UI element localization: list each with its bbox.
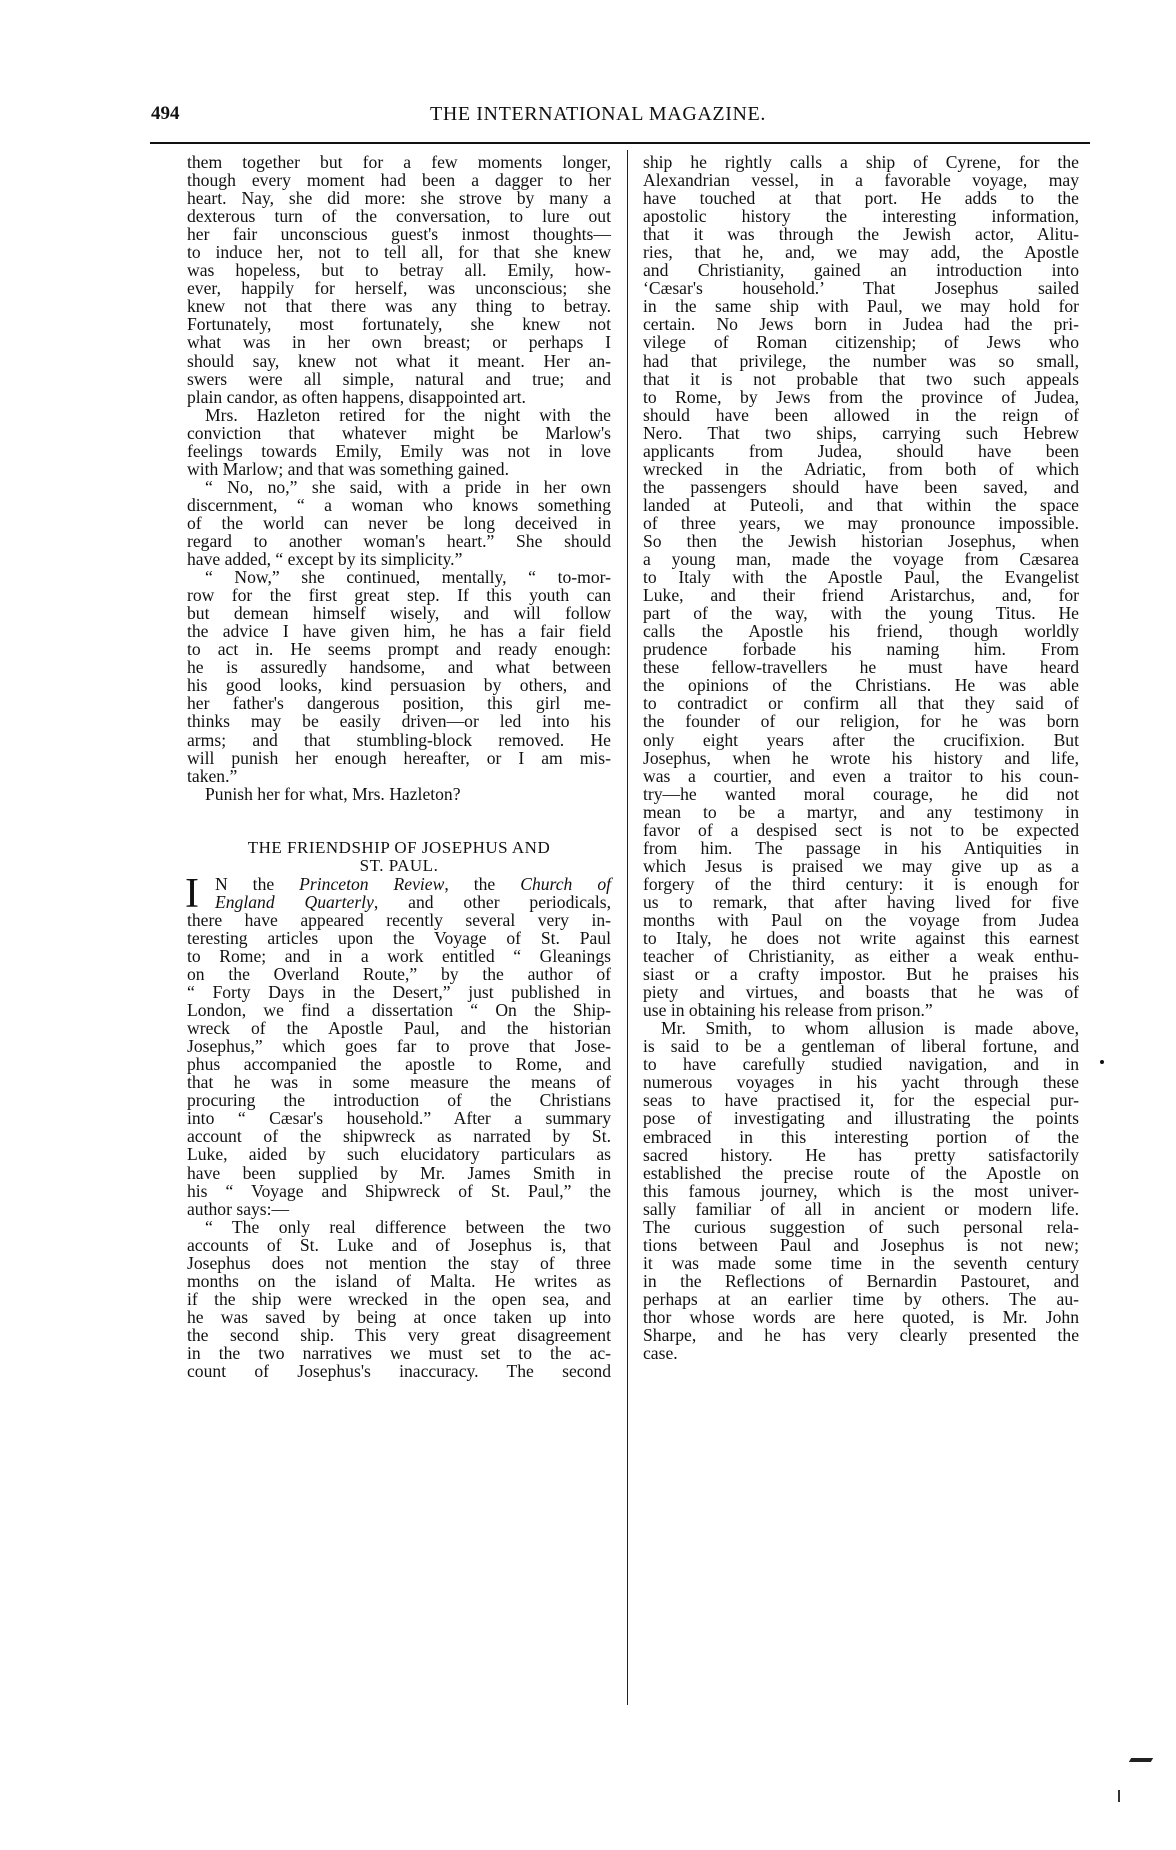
text-line: that it was through the Jewish actor, Al…	[643, 225, 1079, 243]
text-line: part of the way, with the young Titus. H…	[643, 604, 1079, 622]
text-line: this famous journey, which is the most u…	[643, 1182, 1079, 1200]
text-line: “ Now,” she continued, mentally, “ to-mo…	[187, 568, 611, 586]
text-line: taken.”	[187, 767, 611, 785]
text-line: perhaps at an earlier time by others. Th…	[643, 1290, 1079, 1308]
text-line: So then the Jewish historian Josephus, w…	[643, 532, 1079, 550]
story-paragraph-2: Mrs. Hazleton retired for the night with…	[187, 406, 611, 478]
text-line: calls the Apostle his friend, though wor…	[643, 622, 1079, 640]
text-line: Mr. Smith, to whom allusion is made abov…	[643, 1019, 1079, 1037]
text-line: to Italy with the Apostle Paul, the Evan…	[643, 568, 1079, 586]
text-line: that it is not probable that two such ap…	[643, 370, 1079, 388]
text-line: regard to another woman's heart.” She sh…	[187, 532, 611, 550]
article-quote-continued: ship he rightly calls a ship of Cyrene, …	[643, 153, 1079, 1019]
text-line: to Italy, he does not write against this…	[643, 929, 1079, 947]
text-line: and Christianity, gained an introduction…	[643, 261, 1079, 279]
text-line: the passengers should have been saved, a…	[643, 478, 1079, 496]
text-line: phus accompanied the apostle to Rome, an…	[187, 1055, 611, 1073]
text-line: plain candor, as often happens, disappoi…	[187, 388, 611, 406]
column-divider	[627, 150, 628, 1705]
text-line: should have been allowed in the reign of	[643, 406, 1079, 424]
text-line: was a courtier, and even a traitor to hi…	[643, 767, 1079, 785]
story-paragraph-3: “ No, no,” she said, with a pride in her…	[187, 478, 611, 568]
text-line: in the same ship with Paul, we may hold …	[643, 297, 1079, 315]
text-line: have added, “ except by its simplicity.”	[187, 550, 611, 568]
text-line: with Marlow; and that was something gain…	[187, 460, 611, 478]
print-speck	[1129, 1758, 1153, 1762]
header-rule	[150, 142, 1090, 144]
text-line: account of the shipwreck as narrated by …	[187, 1127, 611, 1145]
text-run: , and other periodicals,	[374, 892, 611, 912]
italic-title-princeton-review: Princeton Review	[299, 874, 444, 894]
text-line: Josephus does not mention the stay of th…	[187, 1254, 611, 1272]
text-line: case.	[643, 1344, 1079, 1362]
text-line: had that privilege, the number was so sm…	[643, 352, 1079, 370]
text-line: though every moment had been a dagger to…	[187, 171, 611, 189]
text-line: wrecked in the Adriatic, from both of wh…	[643, 460, 1079, 478]
text-line: “ The only real difference between the t…	[187, 1218, 611, 1236]
text-line: from him. The passage in his Antiquities…	[643, 839, 1079, 857]
story-paragraph-4: “ Now,” she continued, mentally, “ to-mo…	[187, 568, 611, 785]
text-line: landed at Puteoli, and that within the s…	[643, 496, 1079, 514]
text-line: to Rome, by Jews from the province of Ju…	[643, 388, 1079, 406]
article-paragraph-smith: Mr. Smith, to whom allusion is made abov…	[643, 1019, 1079, 1362]
text-run: , the	[444, 874, 520, 894]
text-line: accounts of St. Luke and of Josephus is,…	[187, 1236, 611, 1254]
text-line: tions between Paul and Josephus is not n…	[643, 1236, 1079, 1254]
text-line: established the precise route of the Apo…	[643, 1164, 1079, 1182]
italic-title-england-quarterly: England Quarterly	[215, 892, 374, 912]
text-line: her father's dangerous position, this gi…	[187, 694, 611, 712]
text-line: piety and virtues, and boasts that he wa…	[643, 983, 1079, 1001]
text-line: Sharpe, and he has very clearly presente…	[643, 1326, 1079, 1344]
text-line: them together but for a few moments long…	[187, 153, 611, 171]
text-line: apostolic history the interesting inform…	[643, 207, 1079, 225]
text-line: ship he rightly calls a ship of Cyrene, …	[643, 153, 1079, 171]
text-line: sacred history. He has pretty satisfacto…	[643, 1146, 1079, 1164]
article-title-line-1: THE FRIENDSHIP OF JOSEPHUS AND	[187, 839, 611, 857]
text-line: will punish her enough hereafter, or I a…	[187, 749, 611, 767]
section-gap	[187, 803, 611, 839]
text-line: her fair unconscious guest's inmost thou…	[187, 225, 611, 243]
print-speck	[1118, 1790, 1120, 1802]
text-line: Alexandrian vessel, in a favorable voyag…	[643, 171, 1079, 189]
text-line: months with Paul on the voyage from Jude…	[643, 911, 1079, 929]
text-line: to induce her, not to tell all, for that…	[187, 243, 611, 261]
text-line: ‘Cæsar's household.’ That Josephus saile…	[643, 279, 1079, 297]
text-line: thor whose words are here quoted, is Mr.…	[643, 1308, 1079, 1326]
text-line: thinks may be easily driven—or led into …	[187, 712, 611, 730]
article-line-2: England Quarterly, and other periodicals…	[187, 893, 611, 911]
print-speck	[1100, 1060, 1104, 1064]
text-line: ries, that he, and, we may add, the Apos…	[643, 243, 1079, 261]
text-line: seas to have practised it, for the espec…	[643, 1091, 1079, 1109]
text-line: swers were all simple, natural and true;…	[187, 370, 611, 388]
text-line: arms; and that stumbling-block removed. …	[187, 731, 611, 749]
text-line: the opinions of the Christians. He was a…	[643, 676, 1079, 694]
text-line: conviction that whatever might be Marlow…	[187, 424, 611, 442]
article-quote-start: “ The only real difference between the t…	[187, 1218, 611, 1380]
text-line: mean to be a martyr, and any testimony i…	[643, 803, 1079, 821]
text-line: a young man, made the voyage from Cæsare…	[643, 550, 1079, 568]
text-line: row for the first great step. If this yo…	[187, 586, 611, 604]
text-line: that he was in some measure the means of	[187, 1073, 611, 1091]
article-line-1: N the Princeton Review, the Church of	[187, 875, 611, 893]
drop-cap: I	[185, 876, 199, 912]
text-line: the advice I have given him, he has a fa…	[187, 622, 611, 640]
text-line: Luke, and their friend Aristarchus, and,…	[643, 586, 1079, 604]
text-line: wreck of the Apostle Paul, and the histo…	[187, 1019, 611, 1037]
article-opening: I N the Princeton Review, the Church of …	[187, 875, 611, 911]
text-line: The curious suggestion of such personal …	[643, 1218, 1079, 1236]
text-line: author says:—	[187, 1200, 611, 1218]
text-line: is said to be a gentleman of liberal for…	[643, 1037, 1079, 1055]
text-line: his good looks, kind persuasion by other…	[187, 676, 611, 694]
text-line: numerous voyages in his yacht through th…	[643, 1073, 1079, 1091]
text-line: only eight years after the crucifixion. …	[643, 731, 1079, 749]
text-line: of the world can never be long deceived …	[187, 514, 611, 532]
text-line: he is assuredly handsome, and what betwe…	[187, 658, 611, 676]
text-line: heart. Nay, she did more: she strove by …	[187, 189, 611, 207]
text-line: which Jesus is praised we may give up as…	[643, 857, 1079, 875]
text-line: procuring the introduction of the Christ…	[187, 1091, 611, 1109]
text-line: Luke, aided by such elucidatory particul…	[187, 1145, 611, 1163]
text-line: dexterous turn of the conversation, to l…	[187, 207, 611, 225]
text-line: applicants from Judea, should have been	[643, 442, 1079, 460]
text-line: knew not that there was any thing to bet…	[187, 297, 611, 315]
text-line: to contradict or confirm all that they s…	[643, 694, 1079, 712]
text-line: he was saved by being at once taken up i…	[187, 1308, 611, 1326]
text-line: to Rome; and in a work entitled “ Gleani…	[187, 947, 611, 965]
text-line: Mrs. Hazleton retired for the night with…	[187, 406, 611, 424]
text-line: the founder of our religion, for he was …	[643, 712, 1079, 730]
text-line: us to remark, that after having lived fo…	[643, 893, 1079, 911]
text-line: try—he wanted moral courage, he did not	[643, 785, 1079, 803]
text-line: to act in. He seems prompt and ready eno…	[187, 640, 611, 658]
text-line: in the Reflections of Bernardin Pastoure…	[643, 1272, 1079, 1290]
right-column: ship he rightly calls a ship of Cyrene, …	[643, 153, 1079, 1362]
text-line: in the two narratives we must set to the…	[187, 1344, 611, 1362]
text-line: the second ship. This very great disagre…	[187, 1326, 611, 1344]
text-line: months on the island of Malta. He writes…	[187, 1272, 611, 1290]
text-line: should say, knew not what it meant. Her …	[187, 352, 611, 370]
article-title-line-2: ST. PAUL.	[187, 857, 611, 875]
closing-question: Punish her for what, Mrs. Hazleton?	[187, 785, 611, 803]
text-line: siast or a crafty impostor. But he prais…	[643, 965, 1079, 983]
text-line: prudence forbade his naming him. From	[643, 640, 1079, 658]
text-line: to have carefully studied navigation, an…	[643, 1055, 1079, 1073]
text-line: if the ship were wrecked in the open sea…	[187, 1290, 611, 1308]
text-line: Fortunately, most fortunately, she knew …	[187, 315, 611, 333]
text-line: Josephus,” which goes far to prove that …	[187, 1037, 611, 1055]
text-line: but demean himself wisely, and will foll…	[187, 604, 611, 622]
page-number: 494	[151, 103, 180, 125]
text-line: vilege of Roman citizenship; of Jews who	[643, 333, 1079, 351]
text-line: of three years, we may pronounce impossi…	[643, 514, 1079, 532]
text-line: what was in her own breast; or perhaps I	[187, 333, 611, 351]
text-line: sally familiar of all in ancient or mode…	[643, 1200, 1079, 1218]
text-line: there have appeared recently several ver…	[187, 911, 611, 929]
text-line: count of Josephus's inaccuracy. The seco…	[187, 1362, 611, 1380]
text-line: “ No, no,” she said, with a pride in her…	[187, 478, 611, 496]
text-line: these fellow-travellers he must have hea…	[643, 658, 1079, 676]
text-line: teacher of Christianity, as either a wea…	[643, 947, 1079, 965]
text-line: Nero. That two ships, carrying such Hebr…	[643, 424, 1079, 442]
text-line: have been supplied by Mr. James Smith in	[187, 1164, 611, 1182]
text-line: London, we find a dissertation “ On the …	[187, 1001, 611, 1019]
text-line: teresting articles upon the Voyage of St…	[187, 929, 611, 947]
text-line: use in obtaining his release from prison…	[643, 1001, 1079, 1019]
text-line: ever, happily for herself, was unconscio…	[187, 279, 611, 297]
text-line: was hopeless, but to betray all. Emily, …	[187, 261, 611, 279]
article-paragraph-1: there have appeared recently several ver…	[187, 911, 611, 1218]
text-line: his “ Voyage and Shipwreck of St. Paul,”…	[187, 1182, 611, 1200]
text-line: embraced in this interesting portion of …	[643, 1128, 1079, 1146]
left-column: them together but for a few moments long…	[187, 153, 611, 1380]
text-line: forgery of the third century: it is enou…	[643, 875, 1079, 893]
italic-title-church-of: Church of	[520, 874, 611, 894]
text-line: favor of a despised sect is not to be ex…	[643, 821, 1079, 839]
text-line: into “ Cæsar's household.” After a summa…	[187, 1109, 611, 1127]
text-line: discernment, “ a woman who knows somethi…	[187, 496, 611, 514]
text-line: have touched at that port. He adds to th…	[643, 189, 1079, 207]
text-line: “ Forty Days in the Desert,” just publis…	[187, 983, 611, 1001]
text-line: Josephus, when he wrote his history and …	[643, 749, 1079, 767]
text-line: pose of investigating and illustrating t…	[643, 1109, 1079, 1127]
text-line: on the Overland Route,” by the author of	[187, 965, 611, 983]
running-title: THE INTERNATIONAL MAGAZINE.	[430, 103, 766, 126]
text-line: certain. No Jews born in Judea had the p…	[643, 315, 1079, 333]
story-paragraph-1: them together but for a few moments long…	[187, 153, 611, 406]
text-run: N the	[215, 874, 299, 894]
text-line: feelings towards Emily, Emily was not in…	[187, 442, 611, 460]
text-line: it was made some time in the seventh cen…	[643, 1254, 1079, 1272]
